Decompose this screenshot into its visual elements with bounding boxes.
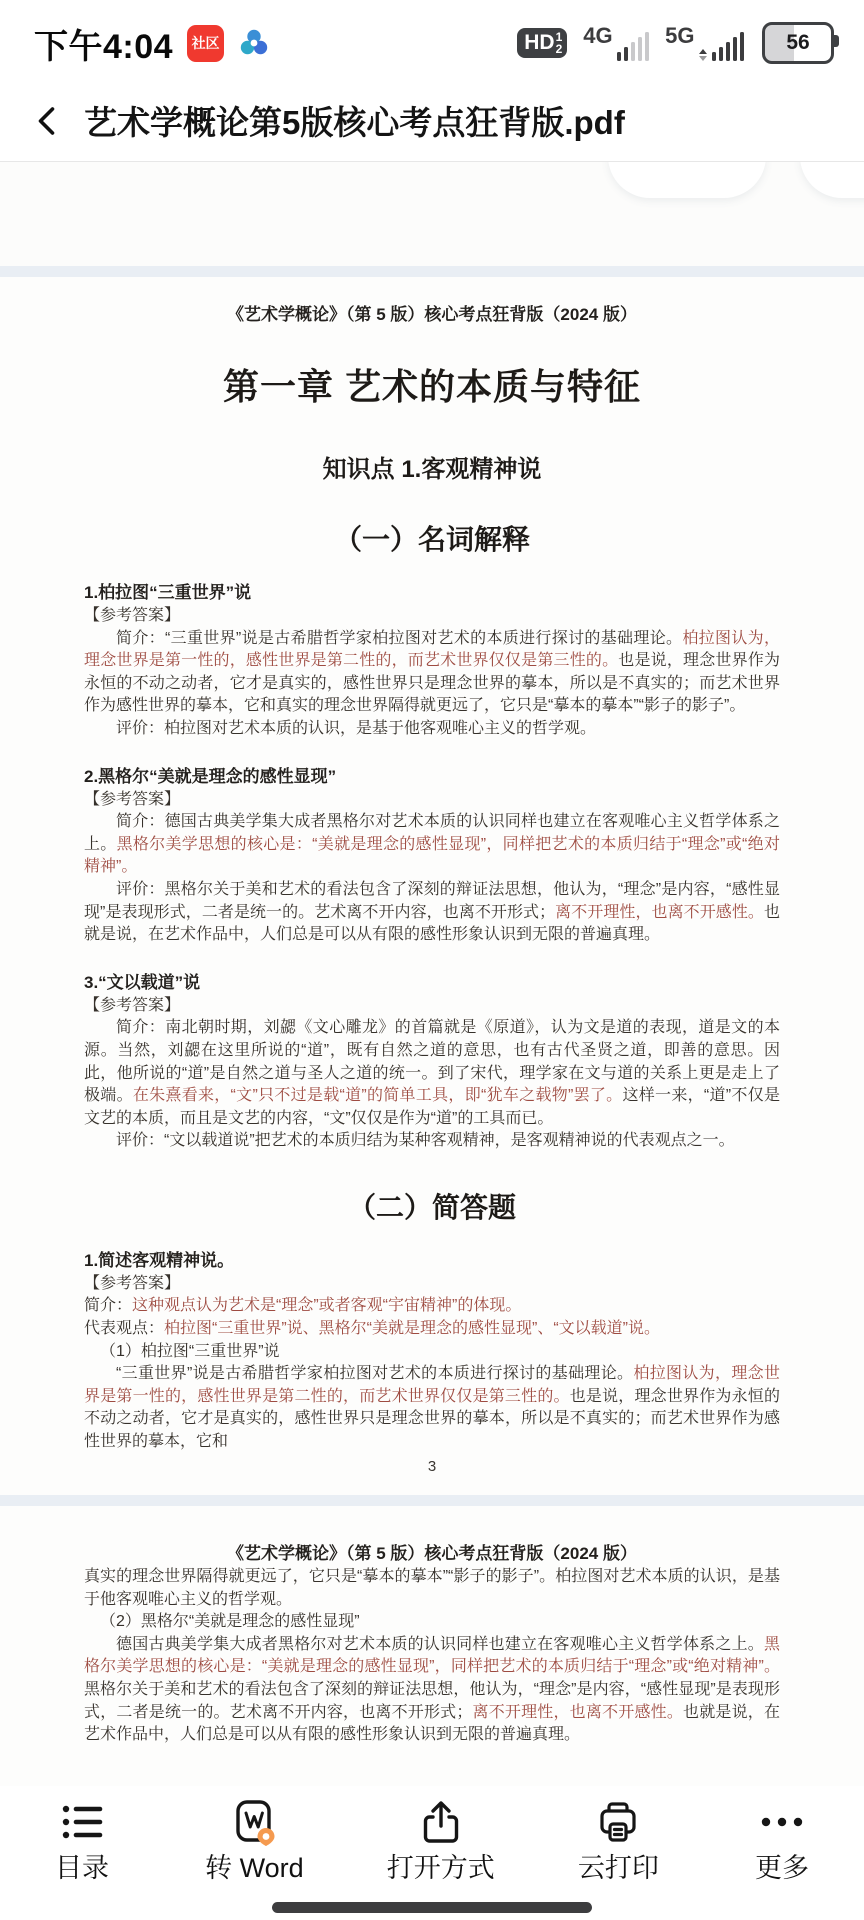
doc-para-indent: 简介：南北朝时期，刘勰《文心雕龙》的首篇就是《原道》，认为文是道的表现，道是文的… xyxy=(84,1017,780,1130)
pdf-scroll-area[interactable]: 《艺术学概论》（第 5 版）核心考点狂背版（2024 版）第一章 艺术的本质与特… xyxy=(0,162,864,1786)
status-time: 下午4:04 xyxy=(34,19,173,68)
bottom-toolbar: 目录 转 Word 打开方式 xyxy=(0,1786,864,1920)
text-segment: 简介： xyxy=(84,1297,132,1314)
text-segment: 柏拉图“三重世界”说、黑格尔“美就是理念的感性显现”、“文以载道”说。 xyxy=(164,1320,660,1337)
text-segment: 知识点 1.客观精神说 xyxy=(323,456,542,483)
status-bar: 下午4:04 社区 HD 12 4G 5G xyxy=(0,0,864,80)
hd-volte-icon: HD 12 xyxy=(517,28,567,58)
text-segment: 【参考答案】 xyxy=(84,997,180,1014)
doc-para-indent: 评价：柏拉图对艺术本质的认识，是基于他客观唯心主义的哲学观。 xyxy=(84,718,780,741)
text-segment: 3.“文以载道”说 xyxy=(84,973,200,992)
convert-to-word-button[interactable]: 转 Word xyxy=(205,1796,304,1884)
floating-pill-remnant xyxy=(800,162,864,198)
page-3-blocks: 《艺术学概论》（第 5 版）核心考点狂背版（2024 版）第一章 艺术的本质与特… xyxy=(84,303,780,1454)
word-convert-icon xyxy=(229,1796,279,1848)
text-segment: 德国古典美学集大成者黑格尔对艺术本质的认识同样也建立在客观唯心主义哲学体系之上。 xyxy=(116,1636,764,1653)
doc-para: 代表观点：柏拉图“三重世界”说、黑格尔“美就是理念的感性显现”、“文以载道”说。 xyxy=(84,1318,780,1341)
doc-section-title: （一）名词解释 xyxy=(84,523,780,557)
text-segment: （1）柏拉图“三重世界”说 xyxy=(100,1343,280,1360)
text-segment: 【参考答案】 xyxy=(84,791,180,808)
netdisk-trefoil-icon xyxy=(238,27,270,59)
doc-para: 【参考答案】 xyxy=(84,605,780,628)
doc-doc-header: 《艺术学概论》（第 5 版）核心考点狂背版（2024 版） xyxy=(84,303,780,327)
doc-para-indent: 简介：德国古典美学集大成者黑格尔对艺术本质的认识同样也建立在客观唯心主义哲学体系… xyxy=(84,811,780,879)
pdf-page-2-bottom xyxy=(0,162,864,266)
phone-screen: 下午4:04 社区 HD 12 4G 5G xyxy=(0,0,864,1920)
doc-section-title: （二）简答题 xyxy=(84,1191,780,1225)
doc-para: 【参考答案】 xyxy=(84,995,780,1018)
page-number: 3 xyxy=(0,1458,864,1475)
doc-para: 简介：这种观点认为艺术是“理念”或者客观“宇宙精神”的体现。 xyxy=(84,1295,780,1318)
pdf-page-3: 《艺术学概论》（第 5 版）核心考点狂背版（2024 版）第一章 艺术的本质与特… xyxy=(0,277,864,1495)
doc-doc-header: 《艺术学概论》（第 5 版）核心考点狂背版（2024 版） xyxy=(84,1542,780,1566)
doc-chapter-title: 第一章 艺术的本质与特征 xyxy=(84,365,780,409)
open-with-button[interactable]: 打开方式 xyxy=(387,1796,495,1884)
more-icon xyxy=(756,1796,808,1848)
document-title: 艺术学概论第5版核心考点狂背版.pdf xyxy=(84,97,625,144)
text-segment: （二）简答题 xyxy=(348,1192,516,1223)
text-segment: 《艺术学概论》（第 5 版）核心考点狂背版（2024 版） xyxy=(227,1544,637,1563)
open-with-label: 打开方式 xyxy=(387,1854,495,1884)
toc-button[interactable]: 目录 xyxy=(42,1796,122,1884)
text-segment: 《艺术学概论》（第 5 版）核心考点狂背版（2024 版） xyxy=(227,305,637,324)
text-segment: （一）名词解释 xyxy=(334,524,530,555)
doc-para: 【参考答案】 xyxy=(84,789,780,812)
text-segment: 这种观点认为艺术是“理念”或者客观“宇宙精神”的体现。 xyxy=(132,1297,521,1314)
floating-pill-remnant xyxy=(608,162,766,198)
more-label: 更多 xyxy=(755,1854,809,1884)
doc-para-indent: “三重世界”说是古希腊哲学家柏拉图对艺术的本质进行探讨的基础理论。柏拉图认为，理… xyxy=(84,1363,780,1453)
text-segment: 代表观点： xyxy=(84,1320,164,1337)
doc-item-title: 1.简述客观精神说。 xyxy=(84,1249,780,1273)
toc-label: 目录 xyxy=(55,1854,109,1884)
doc-para-indent: 德国古典美学集大成者黑格尔对艺术本质的认识同样也建立在客观唯心主义哲学体系之上。… xyxy=(84,1634,780,1747)
page-separator xyxy=(0,266,864,277)
doc-para-indent: 简介：“三重世界”说是古希腊哲学家柏拉图对艺术的本质进行探讨的基础理论。柏拉图认… xyxy=(84,628,780,718)
doc-para-sm-indent: （1）柏拉图“三重世界”说 xyxy=(84,1341,780,1364)
doc-para-indent: 评价：“文以载道说”把艺术的本质归结为某种客观精神，是客观精神说的代表观点之一。 xyxy=(84,1130,780,1153)
text-segment: 真实的理念世界隔得就更远了，它只是“摹本的摹本”“影子的影子”。柏拉图对艺术本质… xyxy=(84,1568,780,1608)
text-segment: 评价：柏拉图对艺术本质的认识，是基于他客观唯心主义的哲学观。 xyxy=(116,720,596,737)
chevron-left-icon xyxy=(30,103,66,139)
doc-para: 【参考答案】 xyxy=(84,1273,780,1296)
open-with-icon xyxy=(417,1796,465,1848)
text-segment: 离不开理性，也离不开感性。 xyxy=(472,1704,683,1721)
text-segment: 第一章 艺术的本质与特征 xyxy=(223,366,641,407)
home-indicator[interactable] xyxy=(272,1902,592,1913)
doc-para-indent: 评价：黑格尔关于美和艺术的看法包含了深刻的辩证法思想，他认为，“理念”是内容，“… xyxy=(84,879,780,947)
signal-4g-icon: 4G xyxy=(583,25,649,61)
doc-kp-title: 知识点 1.客观精神说 xyxy=(84,455,780,485)
doc-item-title: 1.柏拉图“三重世界”说 xyxy=(84,581,780,605)
signal-5g-icon: 5G xyxy=(665,25,744,61)
text-segment: 2.黑格尔“美就是理念的感性显现” xyxy=(84,767,336,786)
page-4-blocks: 《艺术学概论》（第 5 版）核心考点狂背版（2024 版）真实的理念世界隔得就更… xyxy=(84,1542,780,1747)
community-app-badge-icon: 社区 xyxy=(187,25,224,62)
doc-para-sm-indent: （2）黑格尔“美就是理念的感性显现” xyxy=(84,1611,780,1634)
text-segment: 1.简述客观精神说。 xyxy=(84,1251,234,1270)
pdf-page-4: 《艺术学概论》（第 5 版）核心考点狂背版（2024 版）真实的理念世界隔得就更… xyxy=(0,1506,864,1786)
doc-item-title: 2.黑格尔“美就是理念的感性显现” xyxy=(84,765,780,789)
page-separator xyxy=(0,1495,864,1506)
text-segment: 简介：“三重世界”说是古希腊哲学家柏拉图对艺术的本质进行探讨的基础理论。 xyxy=(116,630,682,647)
doc-item-title: 3.“文以载道”说 xyxy=(84,971,780,995)
text-segment: 黑格尔美学思想的核心是：“美就是理念的感性显现”，同样把艺术的本质归结于“理念”… xyxy=(84,836,780,876)
more-button[interactable]: 更多 xyxy=(742,1796,822,1884)
text-segment: 离不开理性，也离不开感性。 xyxy=(555,904,764,921)
convert-to-word-label: 转 Word xyxy=(205,1854,304,1884)
cloud-print-button[interactable]: 云打印 xyxy=(578,1796,659,1884)
text-segment: 评价：“文以载道说”把艺术的本质归结为某种客观精神，是客观精神说的代表观点之一。 xyxy=(116,1132,735,1149)
cloud-print-icon xyxy=(594,1796,642,1848)
text-segment: 在朱熹看来，“文”只不过是载“道”的简单工具，即“犹车之载物”罢了。 xyxy=(133,1087,623,1104)
toc-icon xyxy=(58,1796,106,1848)
text-segment: “三重世界”说是古希腊哲学家柏拉图对艺术的本质进行探讨的基础理论。 xyxy=(116,1365,633,1382)
cloud-print-label: 云打印 xyxy=(578,1854,659,1884)
battery-icon: 56 xyxy=(762,22,834,64)
back-button[interactable] xyxy=(26,99,70,143)
text-segment: 【参考答案】 xyxy=(84,1275,180,1292)
doc-para: 真实的理念世界隔得就更远了，它只是“摹本的摹本”“影子的影子”。柏拉图对艺术本质… xyxy=(84,1566,780,1611)
text-segment: （2）黑格尔“美就是理念的感性显现” xyxy=(100,1613,360,1630)
text-segment: 【参考答案】 xyxy=(84,607,180,624)
text-segment: 1.柏拉图“三重世界”说 xyxy=(84,583,251,602)
nav-bar: 艺术学概论第5版核心考点狂背版.pdf xyxy=(0,80,864,162)
